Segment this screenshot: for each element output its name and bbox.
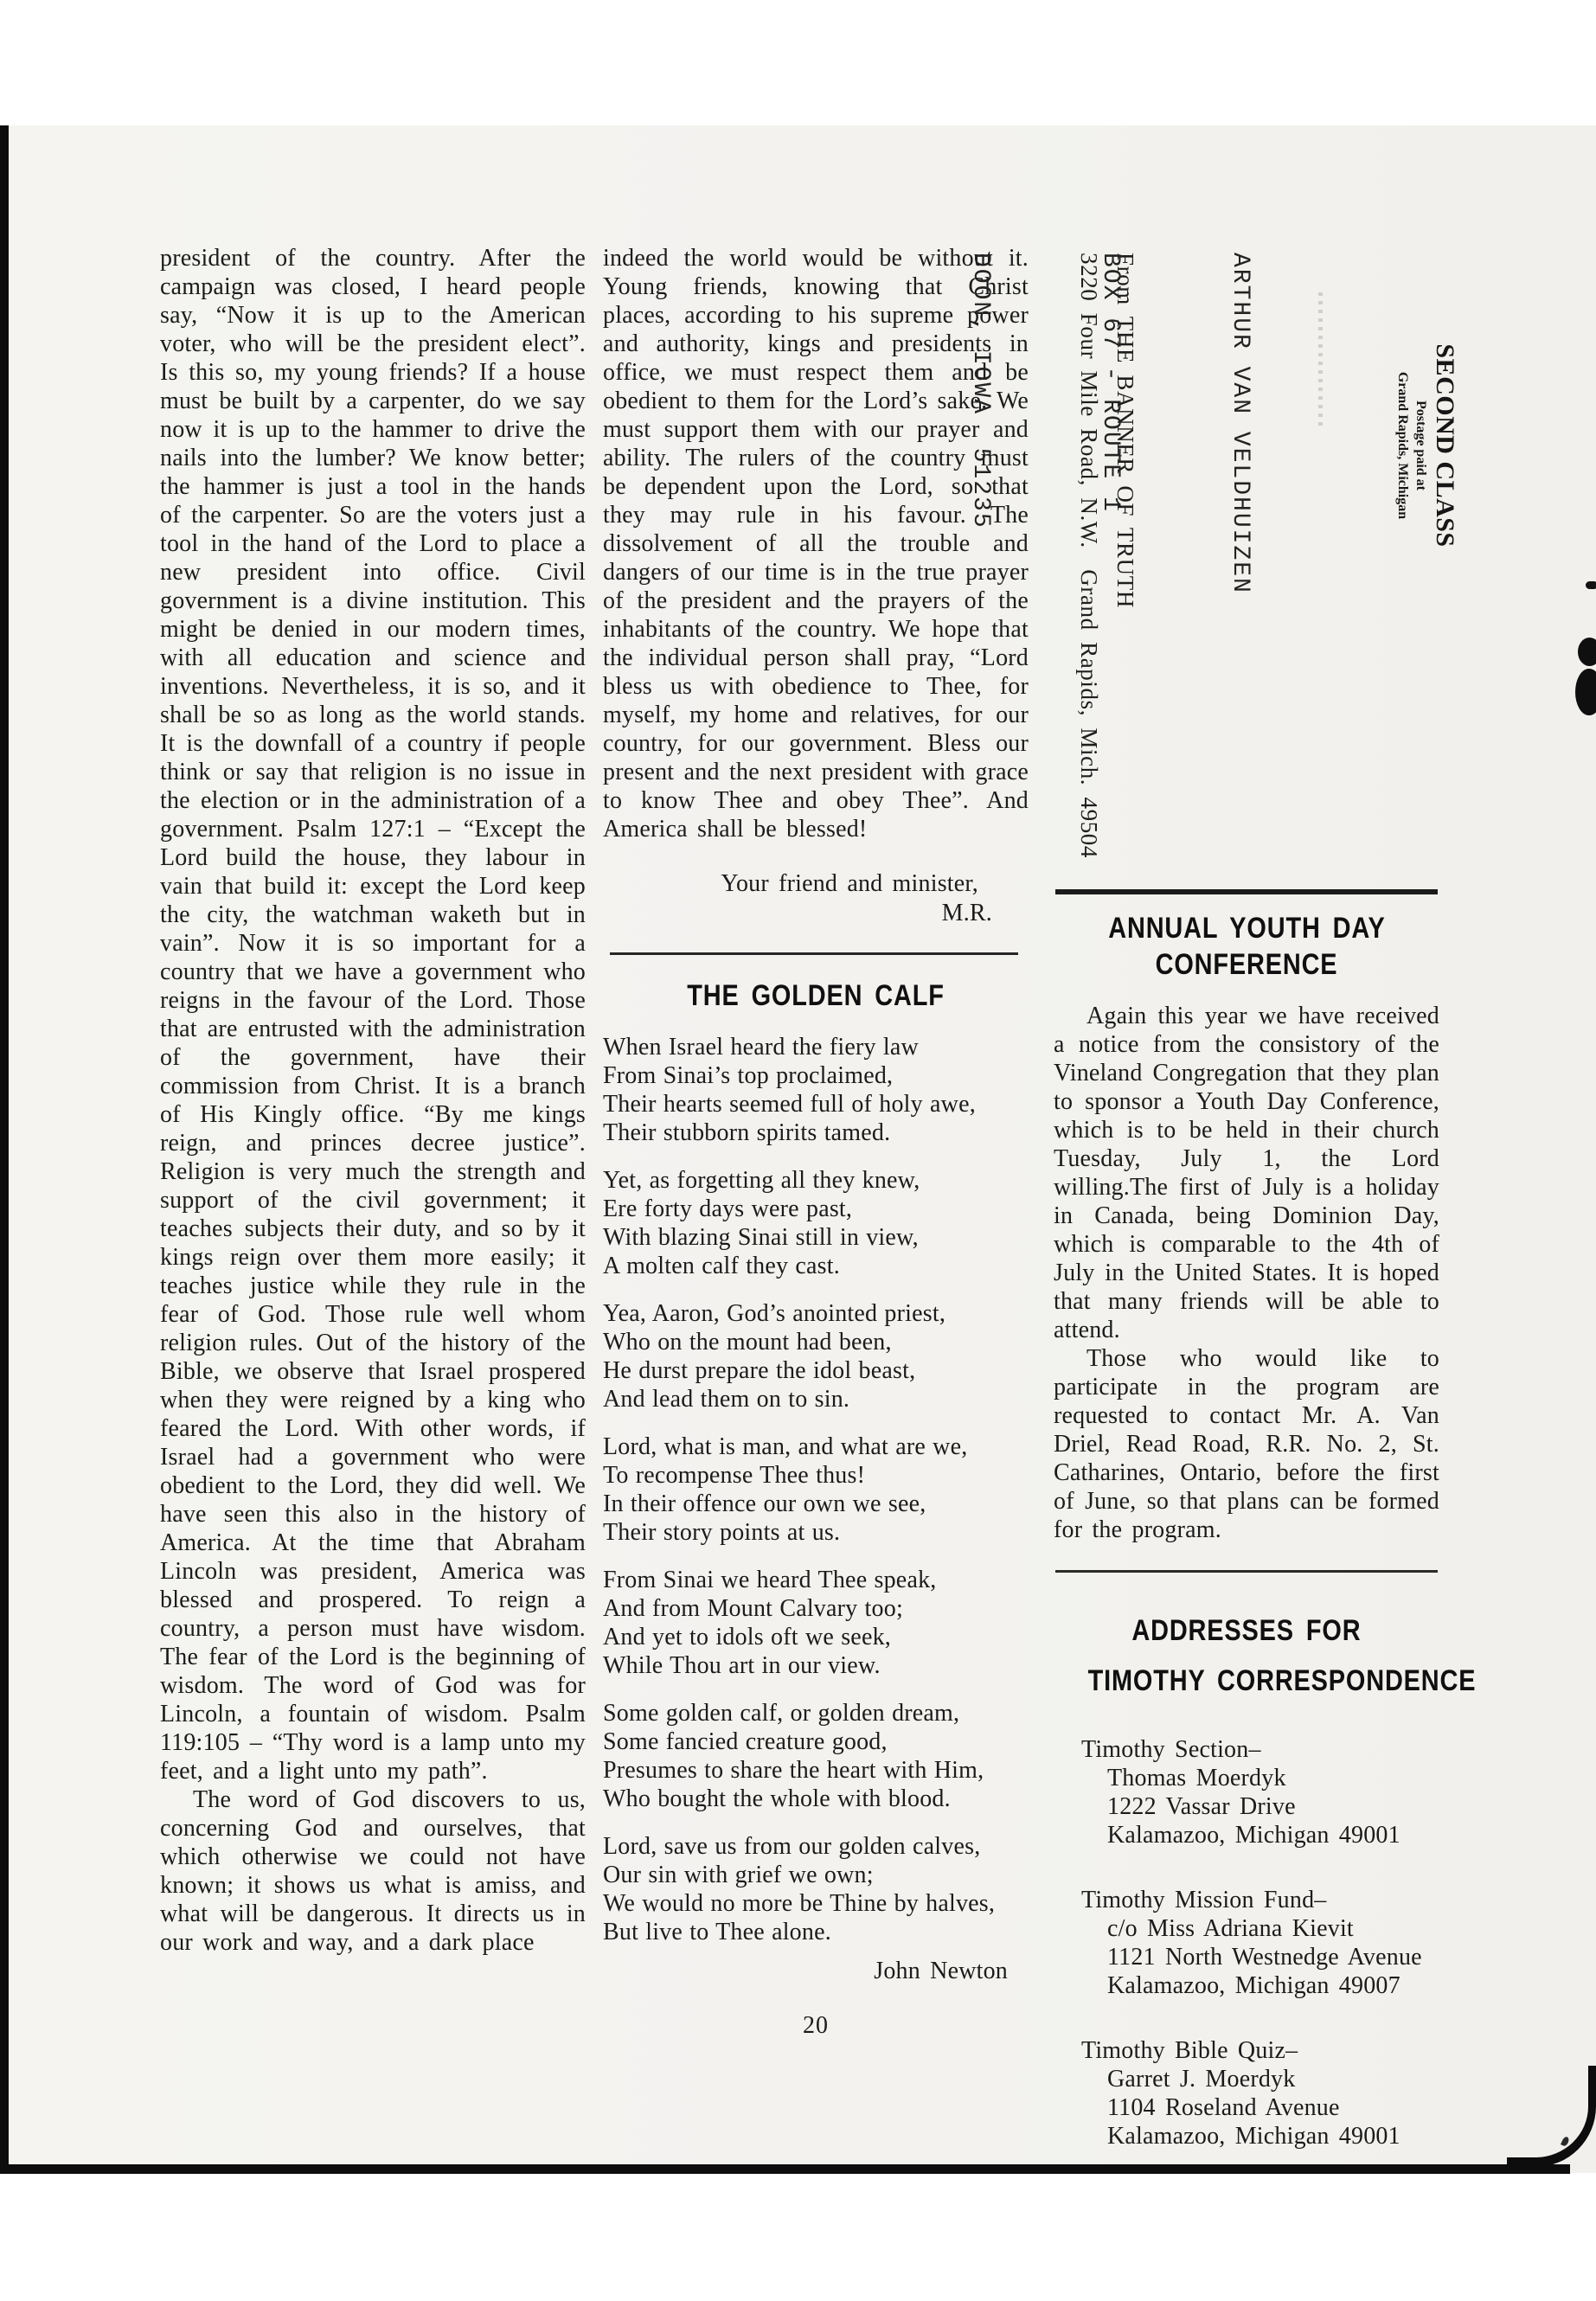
address-entry: Timothy Section– Thomas Moerdyk 1222 Vas…: [1054, 1735, 1439, 1849]
ink-blob-small: [1586, 581, 1596, 589]
poem-stanza: Yet, as forgetting all they knew, Ere fo…: [603, 1166, 1029, 1280]
poem-attribution: John Newton: [603, 1957, 1029, 1985]
address-line: Kalamazoo, Michigan 49007: [1054, 1971, 1439, 2000]
scanned-newsletter-page: president of the country. After the camp…: [0, 0, 1596, 2301]
poem-line: When Israel heard the fiery law: [603, 1033, 1029, 1061]
address-line: 1222 Vassar Drive: [1054, 1792, 1439, 1821]
postal-indicia: SECOND CLASS Postage paid at Grand Rapid…: [1394, 340, 1460, 551]
indicia-postage: Postage paid at: [1412, 340, 1430, 551]
address-line: Thomas Moerdyk: [1054, 1764, 1439, 1792]
address-entry: Timothy Mission Fund– c/o Miss Adriana K…: [1054, 1886, 1439, 2000]
poem-stanza: Lord, save us from our golden calves, Ou…: [603, 1832, 1029, 1946]
poem-line: Presumes to share the heart with Him,: [603, 1756, 1029, 1785]
poem-stanza: Lord, what is man, and what are we, To r…: [603, 1433, 1029, 1547]
poem-line: And yet to idols oft we seek,: [603, 1623, 1029, 1651]
poem-line: Lord, what is man, and what are we,: [603, 1433, 1029, 1461]
address-line: 1104 Roseland Avenue: [1054, 2093, 1439, 2122]
poem-line: Ere forty days were past,: [603, 1195, 1029, 1223]
poem-line: We would no more be Thine by halves,: [603, 1889, 1029, 1918]
poem-line: While Thou art in our view.: [603, 1651, 1029, 1680]
addresses-title: ADDRESSES FOR: [1054, 1612, 1439, 1649]
conference-title: ANNUAL YOUTH DAY CONFERENCE: [1054, 910, 1439, 983]
poem-line: Who bought the whole with blood.: [603, 1785, 1029, 1813]
recipient-name: ARTHUR VAN VELDHUIZEN: [1218, 253, 1261, 568]
address-line: Kalamazoo, Michigan 49001: [1054, 1821, 1439, 1849]
left-column: president of the country. After the camp…: [160, 244, 586, 1957]
poem-line: In their offence our own we see,: [603, 1490, 1029, 1518]
poem-line: Yet, as forgetting all they knew,: [603, 1166, 1029, 1195]
section-divider: [610, 952, 1018, 955]
article-signoff: Your friend and minister,: [603, 869, 1029, 899]
address-line: Garret J. Moerdyk: [1054, 2065, 1439, 2093]
poem-line: Who on the mount had been,: [603, 1328, 1029, 1356]
poem-line: Some golden calf, or golden dream,: [603, 1699, 1029, 1727]
poem-line: And from Mount Calvary too;: [603, 1594, 1029, 1623]
article-initials: M.R.: [603, 899, 1029, 928]
poem-line: But live to Thee alone.: [603, 1918, 1029, 1946]
poem-line: Some fancied creature good,: [603, 1727, 1029, 1756]
address-label: Timothy Section–: [1054, 1735, 1439, 1764]
poem-stanza: When Israel heard the fiery law From Sin…: [603, 1033, 1029, 1147]
page-number: 20: [603, 2011, 1029, 2040]
recipient-street: BOX 67 - ROUTE 1: [1088, 253, 1131, 568]
addresses-title: TIMOTHY CORRESPONDENCE: [1054, 1663, 1439, 1699]
poem-title: THE GOLDEN CALF: [603, 977, 1029, 1014]
address-label: Timothy Bible Quiz–: [1054, 2036, 1439, 2065]
section-divider: [1055, 1570, 1438, 1573]
conference-paragraph: Again this year we have received a notic…: [1054, 1002, 1439, 1344]
return-city: Grand Rapids, Mich. 49504: [1071, 569, 1107, 858]
poem-line: Their stubborn spirits tamed.: [603, 1118, 1029, 1147]
article-paragraph: The word of God discovers to us, concern…: [160, 1785, 586, 1957]
address-label: Timothy Mission Fund–: [1054, 1886, 1439, 1914]
indicia-class: SECOND CLASS: [1430, 340, 1460, 551]
right-column: ANNUAL YOUTH DAY CONFERENCE Again this y…: [1054, 889, 1439, 2150]
indicia-city: Grand Rapids, Michigan: [1394, 340, 1412, 551]
article-paragraph: president of the country. After the camp…: [160, 244, 586, 1785]
recipient-city: DOON, IOWA 51235: [958, 253, 1002, 568]
ink-blob-large: [1575, 669, 1596, 715]
poem-line: To recompense Thee thus!: [603, 1461, 1029, 1490]
address-line: 1121 North Westnedge Avenue: [1054, 1943, 1439, 1971]
poem-stanza: Some golden calf, or golden dream, Some …: [603, 1699, 1029, 1813]
poem-line: From Sinai’s top proclaimed,: [603, 1061, 1029, 1090]
section-divider-thick: [1055, 889, 1438, 894]
poem-line: And lead them on to sin.: [603, 1385, 1029, 1413]
conference-paragraph: Those who would like to participate in t…: [1054, 1344, 1439, 1544]
address-line: c/o Miss Adriana Kievit: [1054, 1914, 1439, 1943]
poem-line: He durst prepare the idol beast,: [603, 1356, 1029, 1385]
poem-line: Our sin with grief we own;: [603, 1861, 1029, 1889]
scan-edge-left: [0, 125, 9, 2173]
address-line: Kalamazoo, Michigan 49001: [1054, 2122, 1439, 2150]
address-entry: Timothy Bible Quiz– Garret J. Moerdyk 11…: [1054, 2036, 1439, 2150]
poem-stanza: From Sinai we heard Thee speak, And from…: [603, 1566, 1029, 1680]
poem-line: Their story points at us.: [603, 1518, 1029, 1547]
poem-line: With blazing Sinai still in view,: [603, 1223, 1029, 1252]
scan-edge-bottom: [0, 2164, 1570, 2174]
poem-line: Their hearts seemed full of holy awe,: [603, 1090, 1029, 1118]
poem-line: A molten calf they cast.: [603, 1252, 1029, 1280]
poem-line: Lord, save us from our golden calves,: [603, 1832, 1029, 1861]
recipient-address: ARTHUR VAN VELDHUIZEN BOX 67 - ROUTE 1 D…: [872, 253, 1348, 568]
poem-line: Yea, Aaron, God’s anointed priest,: [603, 1299, 1029, 1328]
poem-line: From Sinai we heard Thee speak,: [603, 1566, 1029, 1594]
ink-blob-medium: [1578, 638, 1596, 666]
poem-stanza: Yea, Aaron, God’s anointed priest, Who o…: [603, 1299, 1029, 1413]
